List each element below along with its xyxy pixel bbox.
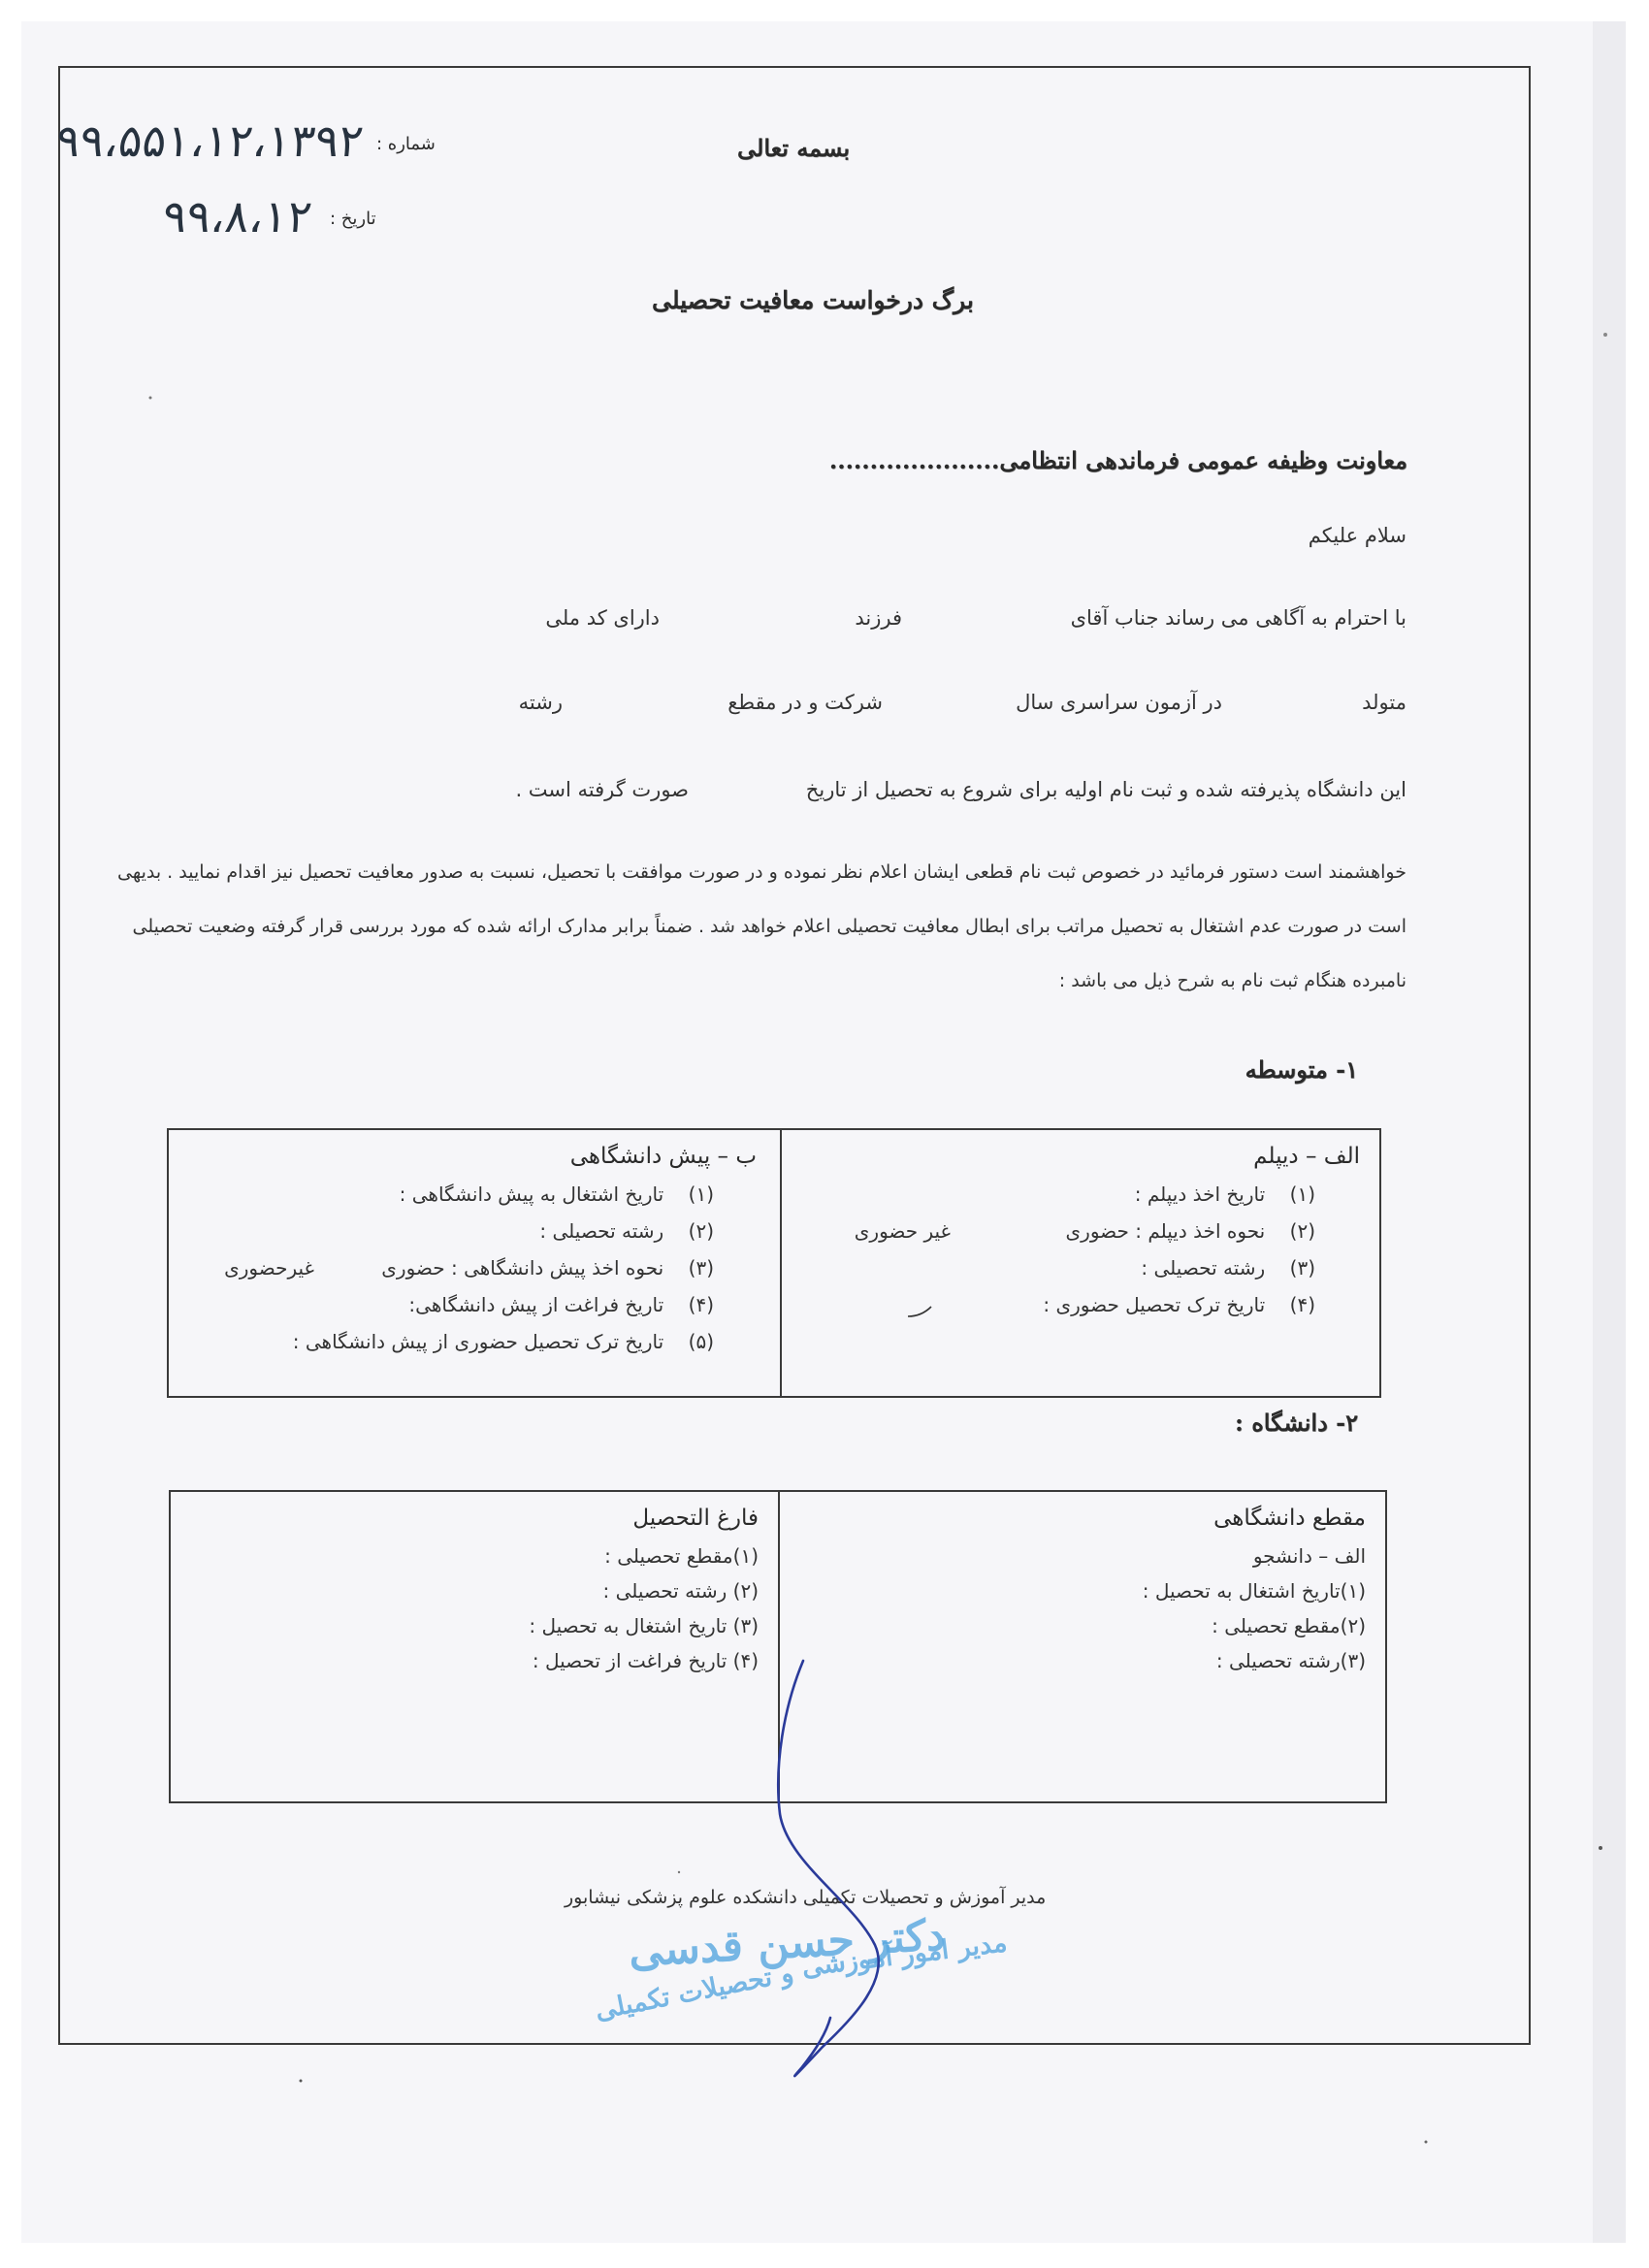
scan-noise [0,0,1649,2268]
